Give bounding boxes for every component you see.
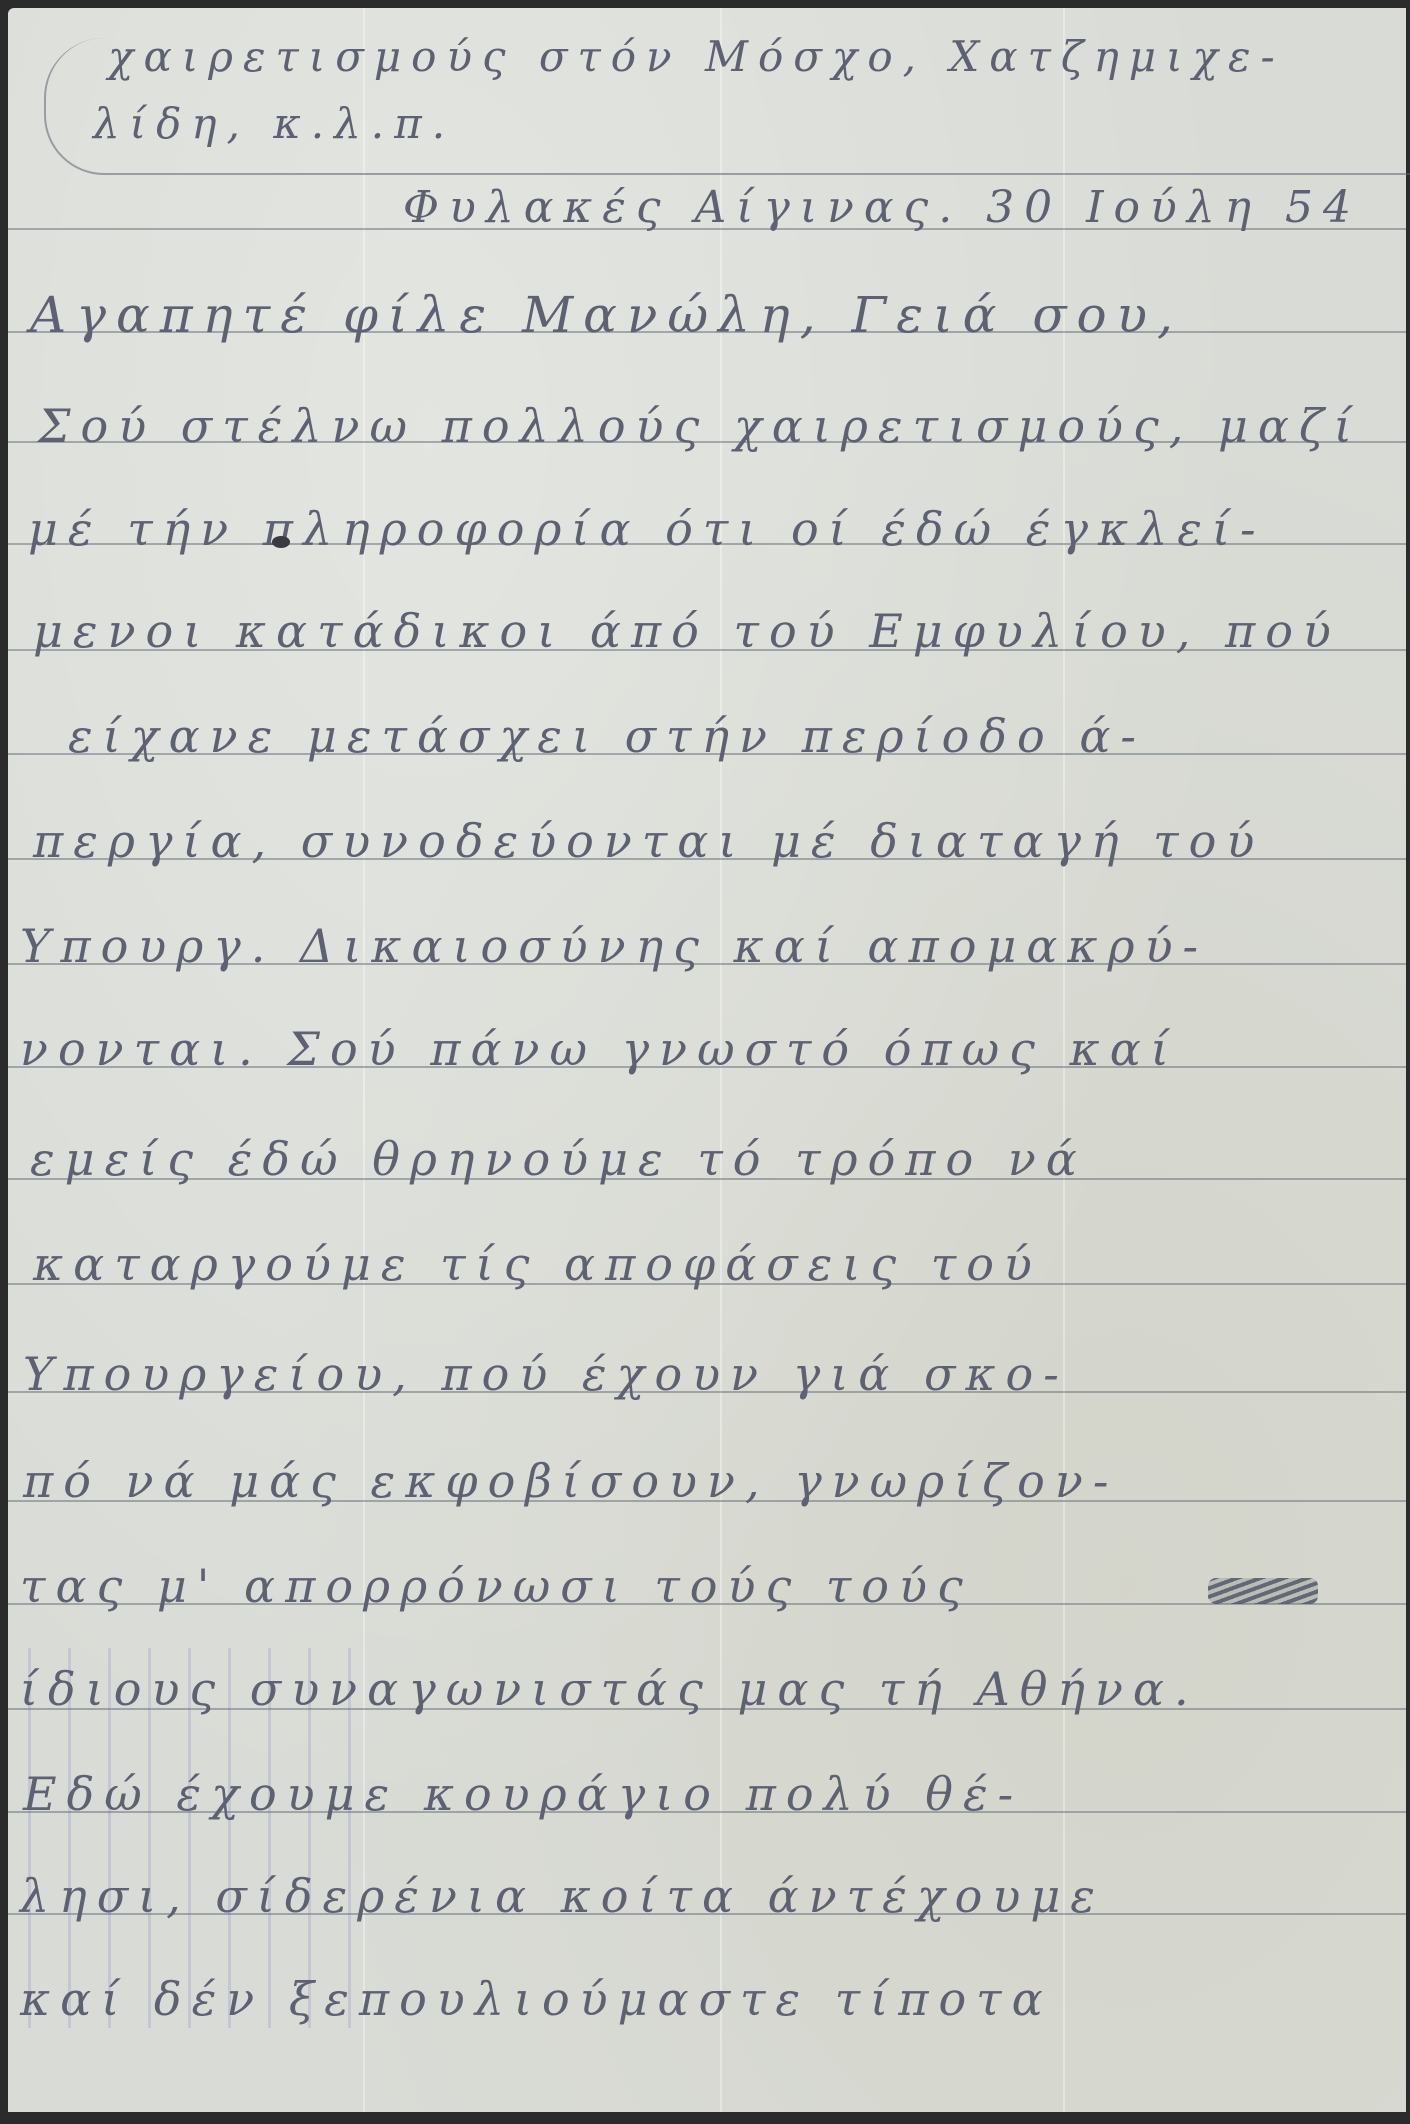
body-line: μενοι κατάδικοι άπό τού Εμφυλίου, πού	[33, 608, 1406, 654]
body-line: μέ τήν πληροφορία ότι οί έδώ έγκλεί-	[28, 506, 1406, 552]
body-line: λησι, σίδερένια κοίτα άντέχουμε	[20, 1873, 1406, 1919]
body-line: καταργούμε τίς αποφάσεις τού	[33, 1241, 1406, 1287]
body-line: Εδώ έχουμε κουράγιο πολύ θέ-	[23, 1771, 1406, 1817]
body-line: πό νά μάς εκφοβίσουν, γνωρίζον-	[23, 1458, 1406, 1504]
body-line: Υπουργ. Δικαιοσύνης καί απομακρύ-	[20, 923, 1406, 969]
crossed-out-word	[1208, 1578, 1318, 1604]
ink-blot	[272, 536, 290, 548]
postscript-line: χαιρετισμούς στόν Μόσχο, Χατζημιχε-	[108, 36, 1406, 78]
letter-page: χαιρετισμούς στόν Μόσχο, Χατζημιχε- λίδη…	[8, 8, 1406, 2112]
dateline: Φυλακές Αίγινας. 30 Ιούλη 54	[403, 186, 1406, 230]
body-line: Σού στέλνω πολλούς χαιρετισμούς, μαζί	[38, 403, 1406, 449]
body-line: Υπουργείου, πού έχουν γιά σκο-	[23, 1351, 1406, 1397]
body-line: περγία, συνοδεύονται μέ διαταγή τού	[33, 818, 1406, 864]
postscript-line: λίδη, κ.λ.π.	[93, 103, 1406, 145]
salutation: Αγαπητέ φίλε Μανώλη, Γειά σου,	[30, 290, 1406, 340]
body-line: είχανε μετάσχει στήν περίοδο ά-	[68, 713, 1406, 759]
body-line: καί δέν ξεπουλιούμαστε τίποτα	[20, 1976, 1406, 2022]
body-line: τας μ' απορρόνωσι τούς τούς	[20, 1563, 1406, 1609]
body-line: ίδιους συναγωνιστάς μας τή Αθήνα.	[20, 1666, 1406, 1712]
body-line: νονται. Σού πάνω γνωστό όπως καί	[20, 1026, 1406, 1072]
body-line: εμείς έδώ θρηνούμε τό τρόπο νά	[30, 1136, 1406, 1182]
